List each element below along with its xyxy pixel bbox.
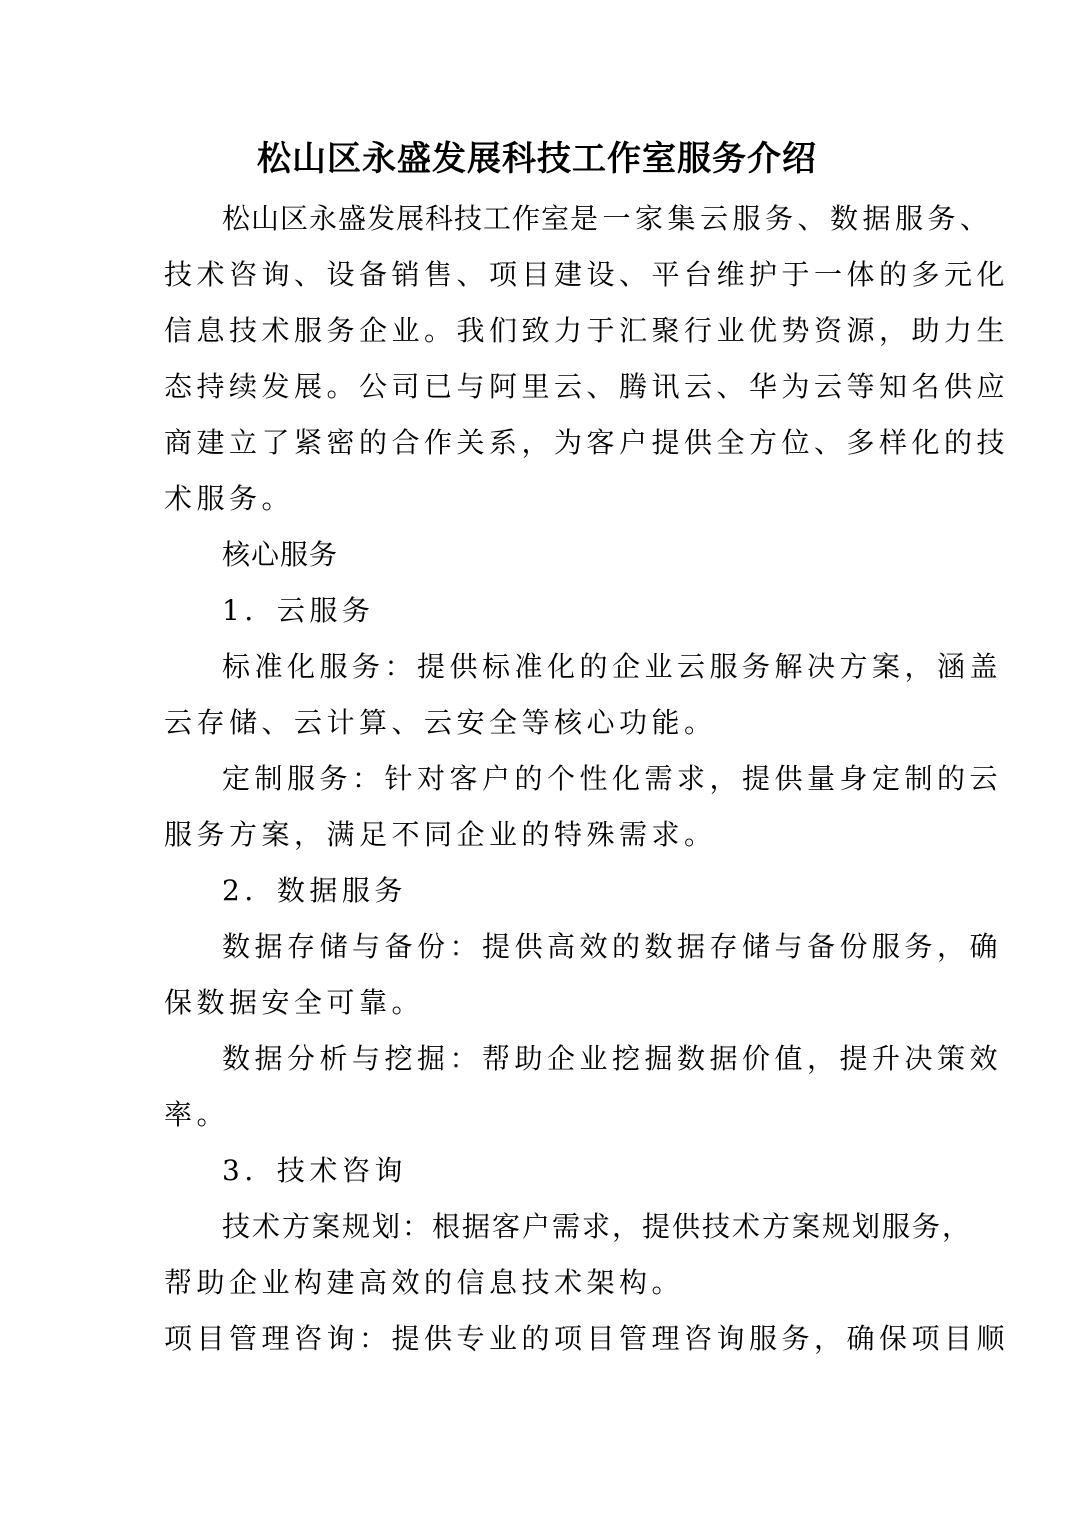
- data-storage-line-2: 保数据安全可靠。: [164, 983, 424, 1023]
- data-analysis-line-1: 数据分析与挖掘：帮助企业挖掘数据价值，提升决策效: [222, 1039, 1002, 1079]
- core-services-heading: 核心服务: [222, 535, 338, 575]
- intro-line-6: 术服务。: [164, 479, 294, 519]
- tech-planning-line-1: 技术方案规划：根据客户需求，提供技术方案规划服务，: [222, 1207, 972, 1247]
- intro-line-1: 松山区永盛发展科技工作室是一家集云服务、数据服务、: [222, 199, 993, 239]
- intro-line-4: 态持续发展。公司已与阿里云、腾讯云、华为云等知名供应: [164, 367, 1009, 407]
- section-heading-cloud: 1．云服务: [222, 591, 374, 631]
- company-name: 松山区永盛发展科技工作室: [222, 202, 570, 235]
- document-page: 松山区永盛发展科技工作室服务介绍 松山区永盛发展科技工作室是一家集云服务、数据服…: [0, 0, 1074, 1520]
- intro-line-3: 信息技术服务企业。我们致力于汇聚行业优势资源，助力生: [164, 311, 1009, 351]
- project-mgmt-line-1: 项目管理咨询：提供专业的项目管理咨询服务，确保项目顺: [164, 1319, 1009, 1359]
- cloud-custom-line-1: 定制服务：针对客户的个性化需求，提供量身定制的云: [222, 759, 1002, 799]
- intro-text: 是一家集云服务、数据服务、: [570, 202, 993, 235]
- section-heading-consulting: 3．技术咨询: [222, 1151, 407, 1191]
- cloud-custom-line-2: 服务方案，满足不同企业的特殊需求。: [164, 815, 717, 855]
- document-title: 松山区永盛发展科技工作室服务介绍: [0, 134, 1074, 184]
- section-heading-data: 2．数据服务: [222, 871, 407, 911]
- intro-line-5: 商建立了紧密的合作关系，为客户提供全方位、多样化的技: [164, 423, 1009, 463]
- cloud-standard-line-2: 云存储、云计算、云安全等核心功能。: [164, 703, 717, 743]
- cloud-standard-line-1: 标准化服务：提供标准化的企业云服务解决方案，涵盖: [222, 647, 1002, 687]
- intro-line-2: 技术咨询、设备销售、项目建设、平台维护于一体的多元化: [164, 255, 1009, 295]
- data-analysis-line-2: 率。: [164, 1095, 229, 1135]
- tech-planning-line-2: 帮助企业构建高效的信息技术架构。: [164, 1263, 684, 1303]
- data-storage-line-1: 数据存储与备份：提供高效的数据存储与备份服务，确: [222, 927, 1002, 967]
